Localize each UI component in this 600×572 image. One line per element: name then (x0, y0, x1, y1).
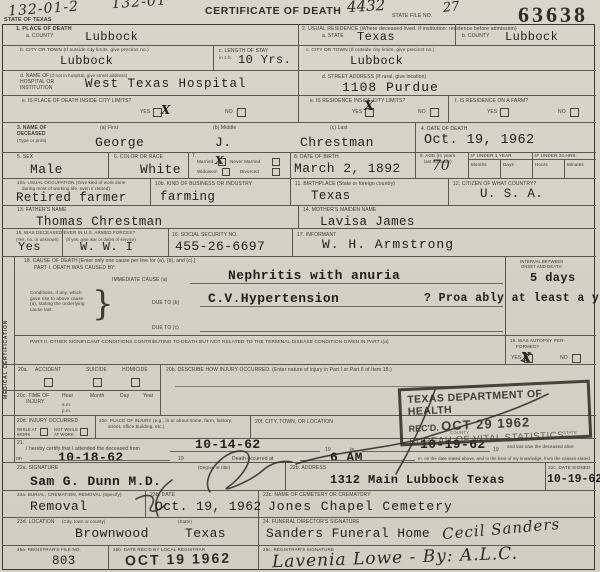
res-city-value: Lubbock (350, 54, 403, 68)
grid-line (532, 152, 533, 178)
state-of-texas-label: STATE OF TEXAS (4, 17, 52, 24)
hour-label: Hour (62, 393, 73, 399)
grid-line (258, 517, 259, 545)
location-city-value: Brownwood (75, 526, 149, 541)
on-word: on (16, 456, 22, 462)
grid-line (500, 159, 501, 178)
handwritten-number: 4432 (347, 0, 386, 16)
sex-label: 5. SEX (17, 154, 33, 160)
pod-county-label: a. COUNTY (26, 33, 54, 39)
citizen-value: U. S. A. (480, 187, 543, 201)
injury-occurred-label: 20d. INJURY OCCURRED (17, 418, 78, 424)
attended-from-date: 10-14-62 (195, 437, 261, 452)
divorced-label: Divorced (240, 169, 259, 175)
burial-date-value: Oct. 19, 1962 (155, 499, 262, 514)
birthplace-label: 11. BIRTHPLACE (State or foreign country… (295, 181, 395, 187)
suicide-checkbox (93, 378, 102, 387)
res-county-value: Lubbock (505, 30, 558, 44)
last-name-label: (c) Last (330, 125, 347, 131)
grid-line (448, 178, 449, 205)
name-sublabel: (Type or print) (17, 138, 47, 144)
death-certificate-scan: 132-01-2 132-01 STATE OF TEXAS CERTIFICA… (0, 0, 600, 572)
father-label: 13. FATHER'S NAME (17, 207, 67, 213)
grid-line (2, 390, 160, 391)
cemetery-value: Jones Chapel Cemetery (268, 499, 453, 514)
never-married-label: Never Married (230, 159, 260, 165)
autopsy-yes-label: YES (511, 355, 521, 361)
state-file-no-label: STATE FILE NO. (392, 13, 432, 20)
pod-no-label: NO (225, 109, 233, 115)
stamp-recd-label: REC'D. (408, 423, 439, 434)
grid-line (108, 545, 109, 570)
immediate-cause-label: IMMEDIATE CAUSE (a) (112, 277, 167, 283)
pod-city-value: Lubbock (60, 54, 113, 68)
year-19-b: 19 (493, 447, 499, 453)
answer-line (200, 331, 503, 332)
injury-location-label: 20f. CITY, TOWN, OR LOCATION (255, 419, 333, 425)
middle-name-label: (b) Middle (213, 125, 236, 131)
autopsy-no-label: NO (560, 355, 568, 361)
registrar-file-value: 803 (52, 554, 76, 568)
pod-no-checkbox (237, 108, 246, 117)
name-label-2: DECEASED (17, 131, 46, 137)
length-of-stay-value: 10 Yrs. (238, 53, 291, 67)
place-of-injury-label: 20e. PLACE OF INJURY (e.g., in or about … (99, 418, 232, 424)
grid-line (298, 205, 299, 228)
married-label: Married (197, 159, 213, 165)
res-yes-label: YES (352, 109, 362, 115)
farm-label: f. IS RESIDENCE ON A FARM? (455, 98, 528, 104)
conditions-brace: } (92, 284, 114, 324)
medical-certification-strip-label: MEDICAL CERTIFICATION (3, 258, 14, 460)
homicide-checkbox (131, 378, 140, 387)
grid-line (415, 122, 416, 152)
burial-label: 23a. BURIAL, CREMATION, REMOVAL (Specify… (17, 492, 122, 498)
age-value: 70 (432, 158, 450, 174)
funeral-home-value: Sanders Funeral Home (266, 526, 430, 541)
autopsy-label-2: FORMED? (516, 344, 539, 350)
grid-line (250, 415, 251, 438)
residence-section-label: 2. USUAL RESIDENCE (Where deceased lived… (302, 26, 517, 33)
race-value: White (140, 162, 181, 177)
interval-label-2: ONSET AND DEATH (521, 264, 562, 269)
autopsy-no-checkbox (572, 354, 581, 363)
pm-label: p.m. (62, 408, 71, 414)
grid-line (258, 545, 259, 570)
location-state-sublabel: (State) (178, 519, 192, 525)
res-no-checkbox (430, 108, 439, 117)
res-no-label: NO (418, 109, 426, 115)
address-value: 1312 Main Lubbock Texas (330, 473, 505, 487)
sex-value: Male (30, 162, 63, 177)
months-label: Months (471, 162, 487, 168)
grid-line (290, 178, 291, 205)
grid-line (95, 415, 96, 438)
occupation-label: 10a. USUAL OCCUPATION (Give kind of work… (17, 180, 125, 186)
burial-date-label: 23b. DATE (150, 492, 175, 498)
answer-line (190, 283, 503, 284)
due-to-b-interval-note: ? Proa ably at least a yr (424, 292, 600, 305)
how-injury-label: 20b. DESCRIBE HOW INJURY OCCURRED. (Ente… (166, 367, 392, 373)
while-at-work-checkbox (40, 428, 48, 436)
grid-line (2, 364, 596, 365)
res-yes-x-mark: X (364, 100, 374, 113)
res-county-label: b. COUNTY (462, 33, 490, 39)
widowed-label: Widowed (197, 169, 217, 175)
month-label: Month (90, 393, 104, 399)
middle-name-value: J. (215, 135, 231, 150)
answer-line (362, 451, 490, 452)
res-state-label: a. STATE (322, 33, 344, 39)
certify-text-3: Death occurred at (232, 456, 273, 462)
grid-line (2, 205, 596, 206)
grid-line (108, 152, 109, 178)
ssn-value: 455-26-6697 (175, 239, 265, 254)
grid-line (188, 152, 189, 178)
accident-checkbox (44, 378, 53, 387)
year-label: Year (143, 393, 154, 399)
grid-line (168, 228, 169, 256)
res-state-value: Texas (357, 30, 395, 44)
interval-value: 5 days (530, 271, 576, 285)
date-recd-stamp: OCT 19 1962 (125, 550, 231, 569)
certify-number: 21. (17, 440, 24, 446)
under-1-year-label: IF UNDER 1 YEAR (471, 153, 512, 159)
grid-line (2, 517, 596, 518)
stamp-recd-date: OCT 29 1962 (441, 414, 531, 433)
answer-line (170, 451, 320, 452)
funeral-director-label: 24. FUNERAL DIRECTOR'S SIGNATURE (263, 519, 360, 525)
due-to-b-label: DUE TO (b) (152, 300, 179, 306)
grid-line (14, 335, 596, 336)
grid-line (2, 95, 596, 96)
industry-label: 10b. KIND OF BUSINESS OR INDUSTRY (155, 181, 252, 187)
grid-line (564, 159, 565, 178)
suicide-label: SUICIDE (86, 367, 107, 373)
birthplace-value: Texas (311, 189, 351, 203)
certify-text-4: m. on the date stated above, and to the … (418, 456, 591, 461)
date-of-death-label: 4. DATE OF DEATH (421, 126, 467, 132)
mother-value: Lavisa James (320, 215, 415, 229)
signature-label: 22a. SIGNATURE (17, 465, 58, 471)
grid-line (285, 462, 286, 490)
grid-line (468, 152, 469, 178)
hospital-label-3: INSTITUTION (20, 85, 53, 91)
marital-label: 7. (192, 153, 196, 159)
homicide-label: HOMICIDE (122, 367, 148, 373)
handwritten-state-file-no: 27 (442, 0, 460, 16)
autopsy-yes-x-mark: X (521, 351, 530, 363)
first-name-label: (a) First (100, 125, 118, 131)
armed-forces-label: 15. WAS DECEASED EVER IN U.S. ARMED FORC… (16, 230, 135, 236)
grid-line (2, 45, 596, 46)
date-signed-value: 10-19-62 (547, 473, 600, 486)
farm-yes-label: YES (487, 109, 497, 115)
grid-line (290, 152, 291, 178)
answer-line (300, 460, 415, 461)
widowed-checkbox (222, 168, 230, 176)
registrar-file-label: 25a. REGISTRAR'S FILE NO. (17, 547, 81, 553)
minutes-label: Minutes (567, 162, 584, 168)
informant-value: W. H. Armstrong (322, 237, 454, 252)
divorced-checkbox (272, 168, 280, 176)
pod-county-value: Lubbock (85, 30, 138, 44)
day-label: Day (120, 393, 129, 399)
accident-label: ACCIDENT (35, 367, 61, 373)
burial-value: Removal (30, 499, 87, 514)
cause-of-death-label: 18. CAUSE OF DEATH [Enter only one cause… (24, 258, 195, 264)
dob-label: 8. DATE OF BIRTH (294, 154, 339, 160)
year-19-c: 19 (178, 456, 184, 462)
mother-label: 14. MOTHER'S MAIDEN NAME (303, 207, 376, 213)
grid-line (448, 95, 449, 122)
time-of-death-value: 6 AM (330, 450, 363, 465)
armed-forces-value: Yes (18, 240, 41, 254)
grid-line (292, 228, 293, 256)
label-20a: 20a. (18, 367, 28, 373)
last-name-value: Chrestman (300, 135, 374, 150)
address-label: 22b. ADDRESS (290, 465, 326, 471)
part2-label: PART II. OTHER SIGNIFICANT CONDITIONS CO… (30, 340, 389, 346)
certify-text-2: and last saw the deceased alive (507, 444, 574, 450)
conditions-note: Conditions, if any, which gave rise to a… (30, 290, 88, 313)
grid-line (14, 256, 15, 462)
grid-line (145, 490, 146, 517)
cemetery-label: 23c. NAME OF CEMETERY OR CREMATORY (263, 492, 371, 498)
grid-line (2, 256, 596, 257)
location-label: 23d. LOCATION (17, 519, 55, 525)
certificate-title: CERTIFICATE OF DEATH (205, 5, 341, 17)
first-name-value: George (95, 135, 144, 150)
length-of-stay-sublabel: in 1 b. (219, 55, 232, 61)
armed-forces-war-value: W. W. I (80, 240, 133, 254)
farm-no-label: NO (558, 109, 566, 115)
grid-line (2, 70, 596, 71)
pod-limits-label: e. IS PLACE OF DEATH INSIDE CITY LIMITS? (22, 98, 131, 104)
place-of-death-section-label: 1. PLACE OF DEATH (16, 26, 72, 33)
hours-label: Hours (535, 162, 548, 168)
street-address-value: 1108 Purdue (342, 80, 439, 95)
dob-value: March 2, 1892 (294, 161, 401, 176)
farm-yes-checkbox (500, 108, 509, 117)
degree-title-label: (Degree or title) (198, 465, 230, 471)
grid-line (545, 462, 546, 490)
while-at-work-label-2: WORK (17, 432, 30, 437)
days-label: Days (503, 162, 514, 168)
grid-line (2, 178, 596, 179)
grid-line (2, 490, 596, 491)
under-24-hrs-label: IF UNDER 24 HRS. (535, 153, 577, 159)
place-of-injury-label-2: street, office building, etc.) (108, 424, 165, 430)
never-married-checkbox (272, 158, 280, 166)
grid-line (150, 178, 151, 205)
grid-line (2, 122, 596, 123)
grid-line (298, 24, 299, 122)
date-of-death-value: Oct. 19, 1962 (424, 133, 535, 148)
grid-line (415, 152, 416, 178)
due-to-c-label: DUE TO (c) (152, 325, 179, 331)
res-limits-label: e. IS RESIDENCE INSIDE CITY LIMITS? (310, 98, 405, 104)
ssn-label: 16. SOCIAL SECURITY NO. (172, 232, 238, 238)
grid-line (160, 364, 161, 415)
pod-yes-x-mark: X (161, 104, 170, 116)
father-value: Thomas Chrestman (36, 215, 162, 229)
married-x-mark: X (215, 155, 224, 166)
race-label: 6. COLOR OR RACE (114, 154, 163, 160)
answer-line (30, 460, 170, 461)
autopsy-label-1: 19. WAS AUTOPSY PER- (510, 338, 565, 344)
occupation-value: Retired farmer (16, 191, 127, 205)
time-of-injury-label-2: INJURY (26, 399, 45, 405)
am-label: a.m. (62, 402, 71, 408)
grid-line (505, 256, 506, 364)
grid-line (213, 45, 214, 70)
pod-yes-label: YES (140, 109, 150, 115)
due-to-b-value: C.V.Hypertension (208, 291, 339, 306)
answer-line (200, 306, 503, 307)
part1-label: PART I. DEATH WAS CAUSED BY: (34, 265, 116, 271)
location-state-value: Texas (185, 526, 226, 541)
industry-value: farming (160, 190, 215, 204)
not-while-checkbox (80, 428, 88, 436)
physician-name-value: Sam G. Dunn M.D. (30, 474, 161, 489)
not-while-label-2: AT WORK (54, 432, 74, 437)
date-signed-label: 22c. DATE SIGNED (548, 465, 590, 471)
health-department-stamp: TEXAS DEPARTMENT OF HEALTH REC'D. OCT 29… (398, 380, 592, 447)
location-city-sublabel: (City, town or county) (62, 519, 105, 525)
hospital-value: West Texas Hospital (85, 77, 247, 91)
farm-no-checkbox (570, 108, 579, 117)
immediate-cause-value: Nephritis with anuria (228, 268, 400, 283)
last-seen-date: 10-18-62 (58, 450, 124, 465)
